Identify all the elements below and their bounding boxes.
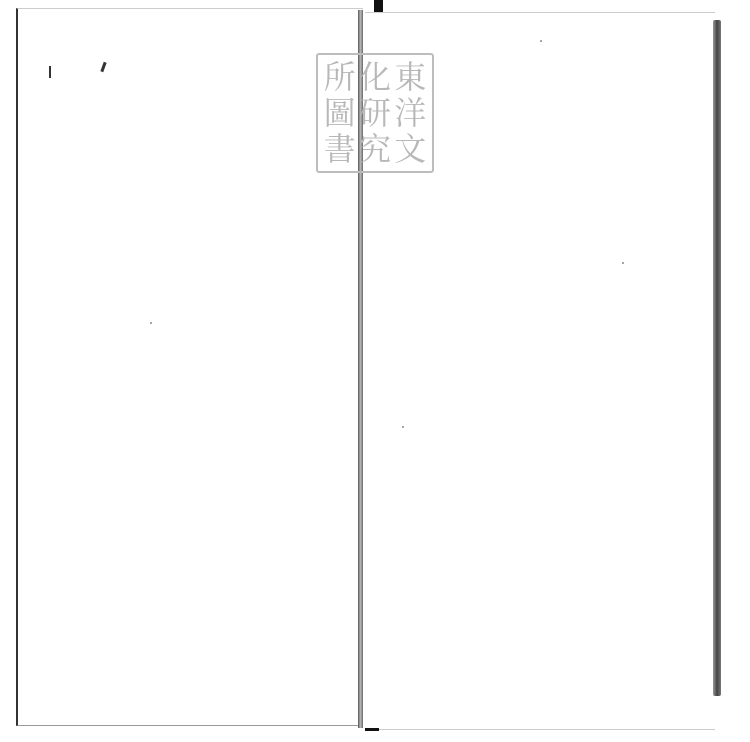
ink-mark	[49, 66, 51, 78]
seal-column: 化 研 究	[358, 59, 392, 167]
book-spread: 東 洋 文 化 研 究 所 圖 書	[0, 0, 750, 742]
speck	[150, 322, 152, 324]
seal-column: 東 洋 文	[393, 59, 427, 167]
library-seal: 東 洋 文 化 研 究 所 圖 書	[316, 53, 434, 173]
seal-column: 所 圖 書	[323, 59, 357, 167]
left-page	[16, 8, 363, 726]
seal-char: 所	[323, 59, 357, 95]
seal-char: 究	[358, 131, 392, 167]
seal-char: 化	[358, 59, 392, 95]
right-page-edge	[713, 20, 721, 696]
speck	[402, 426, 404, 428]
seal-char: 書	[323, 131, 357, 167]
top-binding-mark	[374, 0, 383, 12]
bottom-binding-mark	[365, 728, 379, 731]
seal-char: 文	[393, 131, 427, 167]
seal-char: 東	[393, 59, 427, 95]
speck	[622, 262, 624, 264]
seal-char: 圖	[323, 95, 357, 131]
seal-char: 研	[358, 95, 392, 131]
speck	[540, 40, 542, 42]
seal-char: 洋	[393, 95, 427, 131]
